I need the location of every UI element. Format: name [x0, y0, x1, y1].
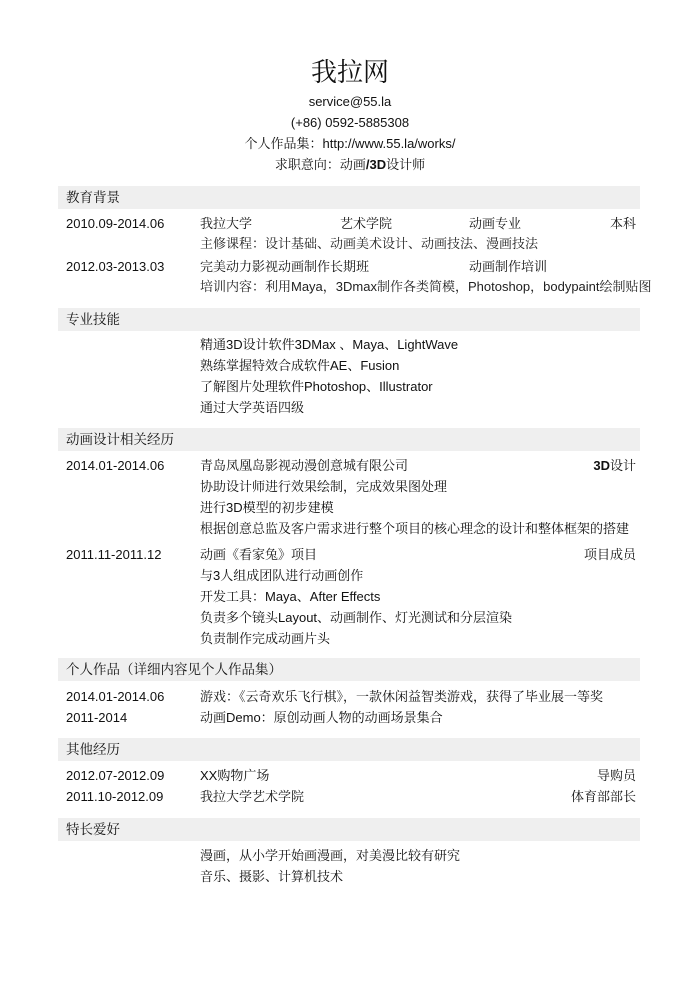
date: 2014.01-2014.06: [66, 687, 164, 707]
detail: 培训内容：利用Maya，3Dmax制作各类简模，Photoshop，bodypa…: [200, 277, 652, 297]
experience-detail: 与3人组成团队进行动画创作: [66, 566, 636, 586]
works-row: 2011-2014 动画Demo：原创动画人物的动画场景集合: [66, 708, 636, 728]
college: 艺术学院: [340, 214, 392, 234]
detail-text: 负责制作完成动画片头: [200, 629, 330, 649]
experience-detail: 负责多个镜头Layout、动画制作、灯光测试和分层渲染: [66, 608, 636, 628]
experience-detail: 进行3D模型的初步建模: [66, 498, 636, 518]
objective-line: 求职意向：动画/3D设计师: [0, 156, 700, 174]
date: 2012.03-2013.03: [66, 257, 164, 277]
other-row: 2012.07-2012.09 XX购物广场 导购员: [66, 766, 636, 786]
education-row: 2012.03-2013.03 完美动力影视动画制作长期班 动画制作培训: [66, 257, 636, 277]
section-title: 特长爱好: [66, 821, 120, 838]
works-row: 2014.01-2014.06 游戏：《云奇欢乐飞行棋》，一款休闲益智类游戏，获…: [66, 687, 636, 707]
objective-bold: /3D: [366, 157, 386, 172]
role-text: 设计: [610, 458, 636, 473]
role: 项目成员: [584, 545, 636, 565]
portfolio-label: 个人作品集：: [245, 137, 323, 152]
date: 2011.10-2012.09: [66, 787, 163, 807]
phone: (+86) 0592-5885308: [0, 114, 700, 132]
detail-text: 开发工具：Maya、After Effects: [200, 587, 380, 607]
school: 完美动力影视动画制作长期班: [200, 257, 369, 277]
org: 青岛凤凰岛影视动漫创意城有限公司: [200, 456, 408, 476]
role: 体育部部长: [571, 787, 636, 807]
skill-text: 了解图片处理软件Photoshop、Illustrator: [200, 377, 433, 397]
other-row: 2011.10-2012.09 我拉大学艺术学院 体育部部长: [66, 787, 636, 807]
major: 动画制作培训: [469, 257, 547, 277]
hobby-text: 漫画，从小学开始画漫画，对美漫比较有研究: [200, 846, 460, 866]
section-header-skills: 专业技能: [58, 308, 640, 331]
detail-text: 进行3D模型的初步建模: [200, 498, 334, 518]
section-header-experience: 动画设计相关经历: [58, 428, 640, 451]
org: 动画《看家兔》项目: [200, 545, 317, 565]
portfolio-line: 个人作品集：http://www.55.la/works/: [0, 135, 700, 154]
education-row: 2010.09-2014.06 我拉大学 艺术学院 动画专业 本科: [66, 214, 636, 234]
skill-item: 通过大学英语四级: [66, 398, 636, 418]
section-header-works: 个人作品（详细内容见个人作品集）: [58, 658, 640, 681]
section-title: 个人作品（详细内容见个人作品集）: [66, 661, 282, 678]
education-detail-row: 培训内容：利用Maya，3Dmax制作各类简模，Photoshop，bodypa…: [66, 277, 636, 297]
date: 2011.11-2011.12: [66, 545, 161, 565]
skill-item: 精通3D设计软件3DMax 、Maya、LightWave: [66, 335, 636, 355]
experience-row: 2011.11-2011.12 动画《看家兔》项目 项目成员: [66, 545, 636, 565]
skill-text: 精通3D设计软件3DMax 、Maya、LightWave: [200, 335, 458, 355]
role-bold: 3D: [593, 458, 610, 473]
detail-text: 与3人组成团队进行动画创作: [200, 566, 363, 586]
email: service@55.la: [0, 93, 700, 111]
role: 导购员: [597, 766, 636, 786]
section-title: 动画设计相关经历: [66, 431, 174, 448]
section-header-hobbies: 特长爱好: [58, 818, 640, 841]
hobby-item: 漫画，从小学开始画漫画，对美漫比较有研究: [66, 846, 636, 866]
degree: 本科: [610, 214, 636, 234]
objective-suffix: 设计师: [386, 157, 425, 172]
section-title: 专业技能: [66, 311, 120, 328]
detail-text: 根据创意总监及客户需求进行整个项目的核心理念的设计和整体框架的搭建: [200, 519, 629, 539]
experience-row: 2014.01-2014.06 青岛凤凰岛影视动漫创意城有限公司 3D设计: [66, 456, 636, 476]
skill-item: 了解图片处理软件Photoshop、Illustrator: [66, 377, 636, 397]
section-title: 其他经历: [66, 741, 120, 758]
date: 2014.01-2014.06: [66, 456, 164, 476]
section-title: 教育背景: [66, 189, 120, 206]
major: 动画专业: [469, 214, 521, 234]
skill-text: 熟练掌握特效合成软件AE、Fusion: [200, 356, 399, 376]
skill-text: 通过大学英语四级: [200, 398, 304, 418]
objective-label: 求职意向：: [275, 157, 340, 172]
section-header-other: 其他经历: [58, 738, 640, 761]
experience-detail: 负责制作完成动画片头: [66, 629, 636, 649]
objective-prefix: 动画: [340, 157, 366, 172]
section-header-education: 教育背景: [58, 186, 640, 209]
date: 2012.07-2012.09: [66, 766, 164, 786]
role: 3D设计: [593, 456, 636, 476]
org: XX购物广场: [200, 766, 269, 786]
school: 我拉大学: [200, 214, 252, 234]
portfolio-url[interactable]: http://www.55.la/works/: [323, 136, 456, 151]
detail-text: 协助设计师进行效果绘制，完成效果图处理: [200, 477, 447, 497]
experience-detail: 根据创意总监及客户需求进行整个项目的核心理念的设计和整体框架的搭建: [66, 519, 636, 539]
education-detail-row: 主修课程：设计基础、动画美术设计、动画技法、漫画技法: [66, 234, 636, 254]
hobby-item: 音乐、摄影、计算机技术: [66, 867, 636, 887]
experience-detail: 开发工具：Maya、After Effects: [66, 587, 636, 607]
detail: 主修课程：设计基础、动画美术设计、动画技法、漫画技法: [200, 234, 538, 254]
date: 2011-2014: [66, 708, 127, 728]
org: 我拉大学艺术学院: [200, 787, 304, 807]
work-text: 游戏：《云奇欢乐飞行棋》，一款休闲益智类游戏，获得了毕业展一等奖: [200, 687, 603, 707]
date: 2010.09-2014.06: [66, 214, 164, 234]
detail-text: 负责多个镜头Layout、动画制作、灯光测试和分层渲染: [200, 608, 512, 628]
skill-item: 熟练掌握特效合成软件AE、Fusion: [66, 356, 636, 376]
hobby-text: 音乐、摄影、计算机技术: [200, 867, 343, 887]
work-text: 动画Demo：原创动画人物的动画场景集合: [200, 708, 443, 728]
experience-detail: 协助设计师进行效果绘制，完成效果图处理: [66, 477, 636, 497]
resume-name: 我拉网: [0, 56, 700, 90]
